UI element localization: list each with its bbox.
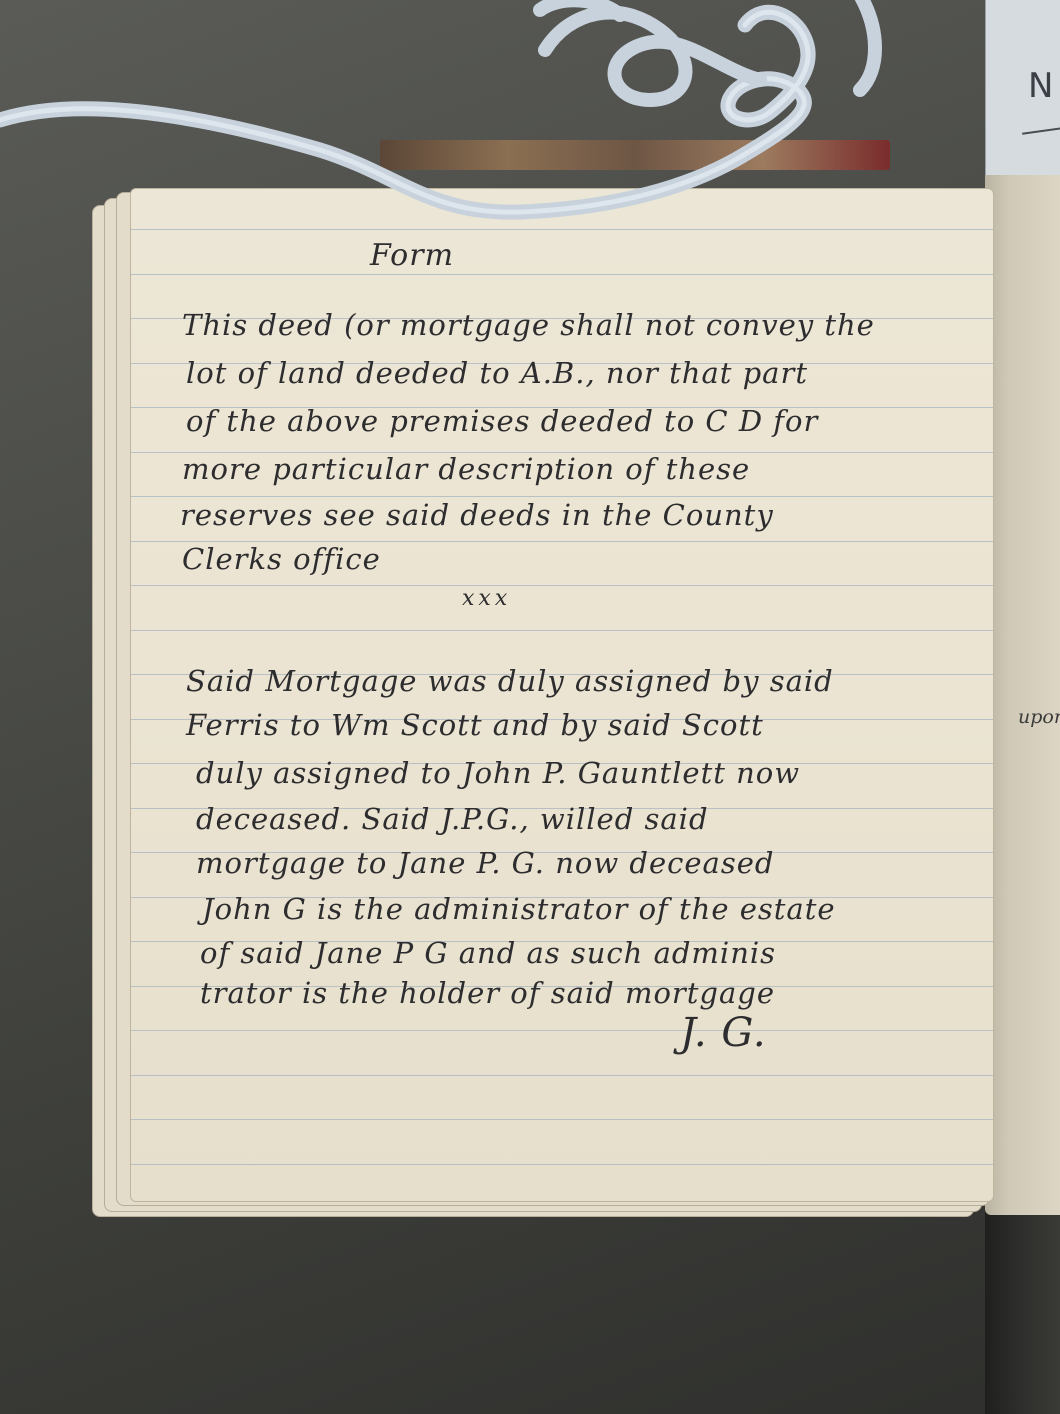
rule-line — [131, 1030, 993, 1031]
text-line: mortgage to Jane P. G. now deceased — [196, 846, 774, 880]
text-line: Clerks office — [182, 542, 381, 576]
text-line: duly assigned to John P. Gauntlett now — [196, 756, 800, 790]
rule-line — [131, 496, 993, 497]
text-line: lot of land deeded to A.B., nor that par… — [186, 356, 808, 390]
rule-line — [131, 274, 993, 275]
signature: J. G. — [680, 1010, 767, 1056]
index-tag-text: N — [1028, 66, 1053, 106]
text-line: John G is the administrator of the estat… — [202, 892, 836, 926]
right-page-fragment: upon — [1018, 706, 1060, 728]
book-top-edge — [380, 140, 890, 170]
rule-line — [131, 1075, 993, 1076]
rule-line — [131, 1119, 993, 1120]
rule-line — [131, 1164, 993, 1165]
text-line: Said Mortgage was duly assigned by said — [186, 664, 834, 698]
page-heading: Form — [370, 238, 454, 273]
rule-line — [131, 585, 993, 586]
text-line: reserves see said deeds in the County — [180, 498, 774, 532]
text-line: trator is the holder of said mortgage — [200, 976, 775, 1010]
rule-line — [131, 229, 993, 230]
text-line: of said Jane P G and as such adminis — [200, 936, 776, 970]
text-line: deceased. Said J.P.G., willed said — [196, 802, 709, 836]
text-line: of the above premises deeded to C D for — [186, 404, 818, 438]
text-line: This deed (or mortgage shall not convey … — [182, 308, 875, 342]
text-line: more particular description of these — [182, 452, 750, 486]
text-line: Ferris to Wm Scott and by said Scott — [186, 708, 764, 742]
rule-line — [131, 630, 993, 631]
right-page — [985, 175, 1060, 1215]
section-separator: xxx — [462, 586, 511, 611]
